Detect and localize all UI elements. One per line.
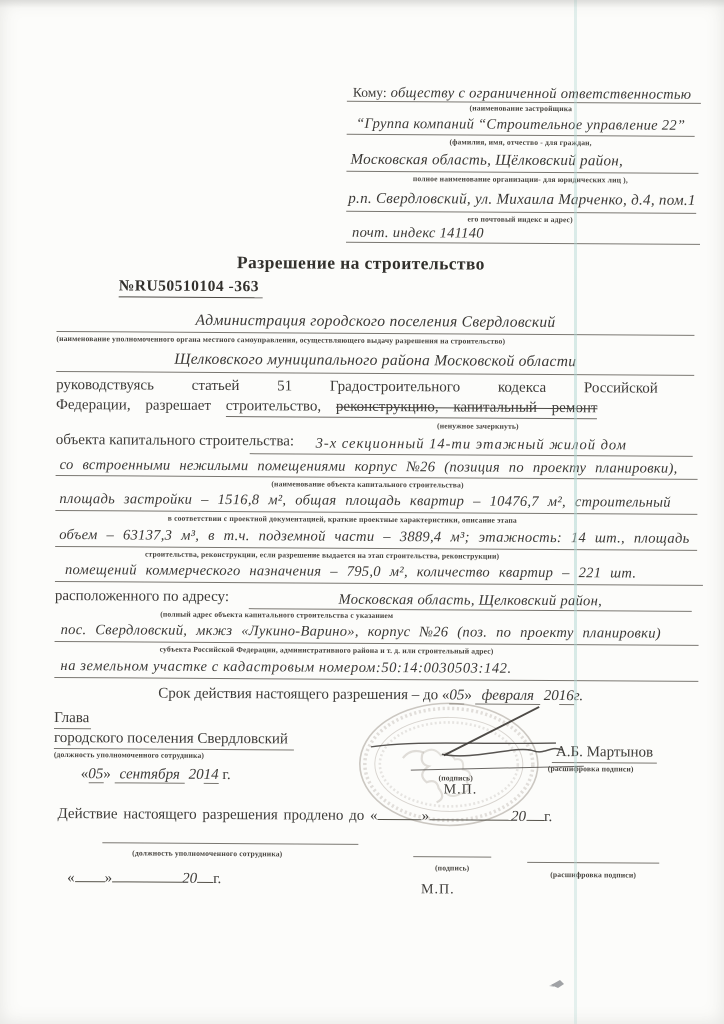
address-value1-text: Московская область, Щелковский район, bbox=[339, 592, 603, 610]
signing-date-year-suffix: г. bbox=[219, 767, 231, 783]
address-caption2: субъекта Российской Федерации, администр… bbox=[91, 644, 561, 656]
authority-line1-value: Администрация городского поселения Сверд… bbox=[196, 312, 556, 331]
signing-date-month: сентября bbox=[114, 766, 184, 783]
authority-line2-value: Щелковского муниципального района Москов… bbox=[174, 351, 576, 370]
authority-line1: Администрация городского поселения Сверд… bbox=[56, 311, 694, 336]
signing-date: «05» сентября 2014 г. bbox=[81, 766, 231, 784]
specs-caption2: строительства, реконструкции, если разре… bbox=[87, 549, 557, 561]
grant-caption: (ненужное зачеркнуть) bbox=[298, 420, 658, 431]
bottom-position-blank-line bbox=[102, 830, 358, 845]
document-title: Разрешение на строительство bbox=[0, 251, 723, 276]
address-cadastral: на земельном участке с кадастровым номер… bbox=[54, 657, 698, 682]
official-position1-text: Глава bbox=[54, 710, 91, 729]
address-label: расположенного по адресу: bbox=[55, 588, 229, 606]
recipient-street-value: р.п. Свердловский, ул. Михаила Марченко,… bbox=[348, 191, 696, 209]
address-value2: пос. Свердловский, мкжз «Лукино-Варино»,… bbox=[55, 621, 699, 646]
bottom-signature-caption: (подпись) bbox=[411, 863, 493, 873]
recipient-region: Московская область, Щёлковский район, bbox=[346, 151, 698, 174]
recipient-caption-org: полное наименование организации- для юри… bbox=[346, 174, 694, 185]
recipient-to-label: Кому: bbox=[353, 85, 387, 100]
authority-caption: (наименование уполномоченного органа мес… bbox=[56, 334, 696, 347]
recipient-postal: почт. индекс 141140 bbox=[346, 224, 700, 245]
bottom-date-suffix: г. bbox=[213, 871, 221, 887]
recipient-postal-value: почт. индекс 141140 bbox=[352, 225, 484, 242]
grant-line2-prefix: Федерации, разрешает bbox=[56, 397, 211, 414]
address-value2-text: пос. Свердловский, мкжз «Лукино-Варино»,… bbox=[61, 622, 661, 642]
official-name-text: А.Б. Мартынов bbox=[552, 744, 657, 764]
official-position-line2: городского поселения Свердловский bbox=[54, 729, 294, 748]
permit-number: №RU50510104 -363 bbox=[119, 277, 263, 296]
recipient-region-value: Московская область, Щёлковский район, bbox=[350, 152, 623, 170]
signing-date-open: « bbox=[81, 766, 89, 782]
specs-line2: объем – 63137,3 м³, в т.ч. подземной час… bbox=[55, 526, 697, 551]
extension-line: Действие настоящего разрешения продлено … bbox=[57, 804, 552, 826]
official-name: А.Б. Мартынов bbox=[552, 743, 657, 762]
bottom-date-close: » bbox=[105, 870, 113, 886]
specs-line3: помещений коммерческого назначения – 795… bbox=[55, 561, 703, 586]
bottom-name-caption: (расшифровка подписи) bbox=[521, 870, 665, 880]
bottom-stamp-place-label: М.П. bbox=[421, 882, 455, 898]
grant-line2: Федерации, разрешает строительство, реко… bbox=[56, 397, 696, 418]
bottom-name-blank-line bbox=[527, 850, 659, 864]
recipient-company: “Группа компаний “Строительное управлени… bbox=[347, 115, 695, 137]
recipient-caption-builder: (наименование застройщика bbox=[347, 103, 695, 114]
extension-month-blank bbox=[429, 806, 511, 821]
signature-caption: (подпись) bbox=[414, 773, 498, 783]
extension-year-suffix: г. bbox=[544, 809, 552, 825]
bottom-position-caption: (должность уполномоченного сотрудника) bbox=[107, 848, 307, 858]
extension-prefix: Действие настоящего разрешения продлено … bbox=[57, 806, 377, 824]
bottom-date-year: 20 bbox=[182, 871, 197, 887]
extension-quote-close: » bbox=[422, 808, 430, 824]
specs-line3-text: помещений коммерческого назначения – 795… bbox=[65, 562, 636, 581]
signing-date-year: 14 bbox=[204, 767, 219, 784]
extension-year-blank bbox=[526, 807, 544, 821]
object-value2-text: со встроенными нежилыми помещениями корп… bbox=[60, 457, 678, 477]
scan-artifact-top-edge bbox=[0, 0, 724, 8]
bottom-date: «»20г. bbox=[67, 868, 221, 888]
permit-number-value: №RU50510104 -363 bbox=[119, 277, 263, 298]
official-name-caption: (расшифровка подписи) bbox=[548, 764, 634, 774]
extension-day-blank bbox=[378, 806, 422, 820]
object-value1-text: 3-х секционный 14-ти этажный жилой дом bbox=[316, 436, 627, 454]
authority-line2: Щелковского муниципального района Москов… bbox=[56, 350, 694, 376]
scanned-permit-page: Кому: обществу с ограниченной ответствен… bbox=[0, 0, 724, 1024]
scan-artifact-vertical-line bbox=[574, 0, 577, 1024]
address-value1: Московская область, Щелковский район, bbox=[249, 590, 692, 612]
address-cadastral-text: на земельном участке с кадастровым номер… bbox=[60, 658, 511, 677]
bottom-date-year-blank bbox=[197, 869, 213, 883]
bottom-date-open: « bbox=[67, 870, 75, 886]
address-caption1: (полный адрес объекта капитального строи… bbox=[112, 609, 442, 620]
signing-date-close: » bbox=[103, 766, 114, 782]
official-position-caption: (должность уполномоченного сотрудника) bbox=[54, 750, 204, 760]
specs-line2-text: объем – 63137,3 м³, в т.ч. подземной час… bbox=[59, 527, 689, 547]
specs-caption1: в соответствии с проектной документацией… bbox=[87, 513, 597, 525]
specs-line1-text: площадь застройки – 1516,8 м², общая пло… bbox=[59, 491, 670, 511]
object-value2: со встроенными нежилыми помещениями корп… bbox=[56, 456, 698, 480]
official-position-line1: Глава bbox=[54, 709, 91, 727]
recipient-line: Кому: обществу с ограниченной ответствен… bbox=[347, 84, 701, 104]
bottom-date-day-blank bbox=[75, 868, 105, 882]
grant-allowed: строительство, bbox=[226, 398, 336, 415]
recipient-street: р.п. Свердловский, ул. Михаила Марченко,… bbox=[346, 190, 696, 214]
recipient-to-value: обществу с ограниченной ответственностью bbox=[391, 85, 692, 103]
extension-year: 20 bbox=[511, 809, 526, 825]
scan-artifact-smudge bbox=[548, 977, 568, 991]
grant-struck: реконструкцию, капитальный ремонт bbox=[336, 399, 598, 417]
bottom-date-month-blank bbox=[112, 868, 182, 882]
signing-date-day: 05 bbox=[88, 766, 103, 783]
recipient-caption-person: (фамилия, имя, отчество - для граждан, bbox=[347, 137, 695, 148]
object-value1: 3-х секционный 14-ти этажный жилой дом bbox=[250, 434, 693, 457]
bottom-signature-blank-line bbox=[413, 844, 491, 857]
stamp-place-label: М.П. bbox=[444, 782, 478, 798]
grant-line1: руководствуясь статьей 51 Градостроитель… bbox=[56, 377, 696, 398]
grant-permitted-phrase: строительство, реконструкцию, капитальны… bbox=[226, 398, 598, 419]
specs-line1: площадь застройки – 1516,8 м², общая пло… bbox=[55, 490, 697, 515]
object-caption: (наименование объекта капитального строи… bbox=[58, 478, 678, 491]
document-content: Кому: обществу с ограниченной ответствен… bbox=[0, 0, 724, 1024]
official-position2-text: городского поселения Свердловский bbox=[54, 730, 294, 750]
recipient-company-value: “Группа компаний “Строительное управлени… bbox=[356, 116, 685, 134]
signing-date-year-prefix: 20 bbox=[185, 767, 204, 783]
